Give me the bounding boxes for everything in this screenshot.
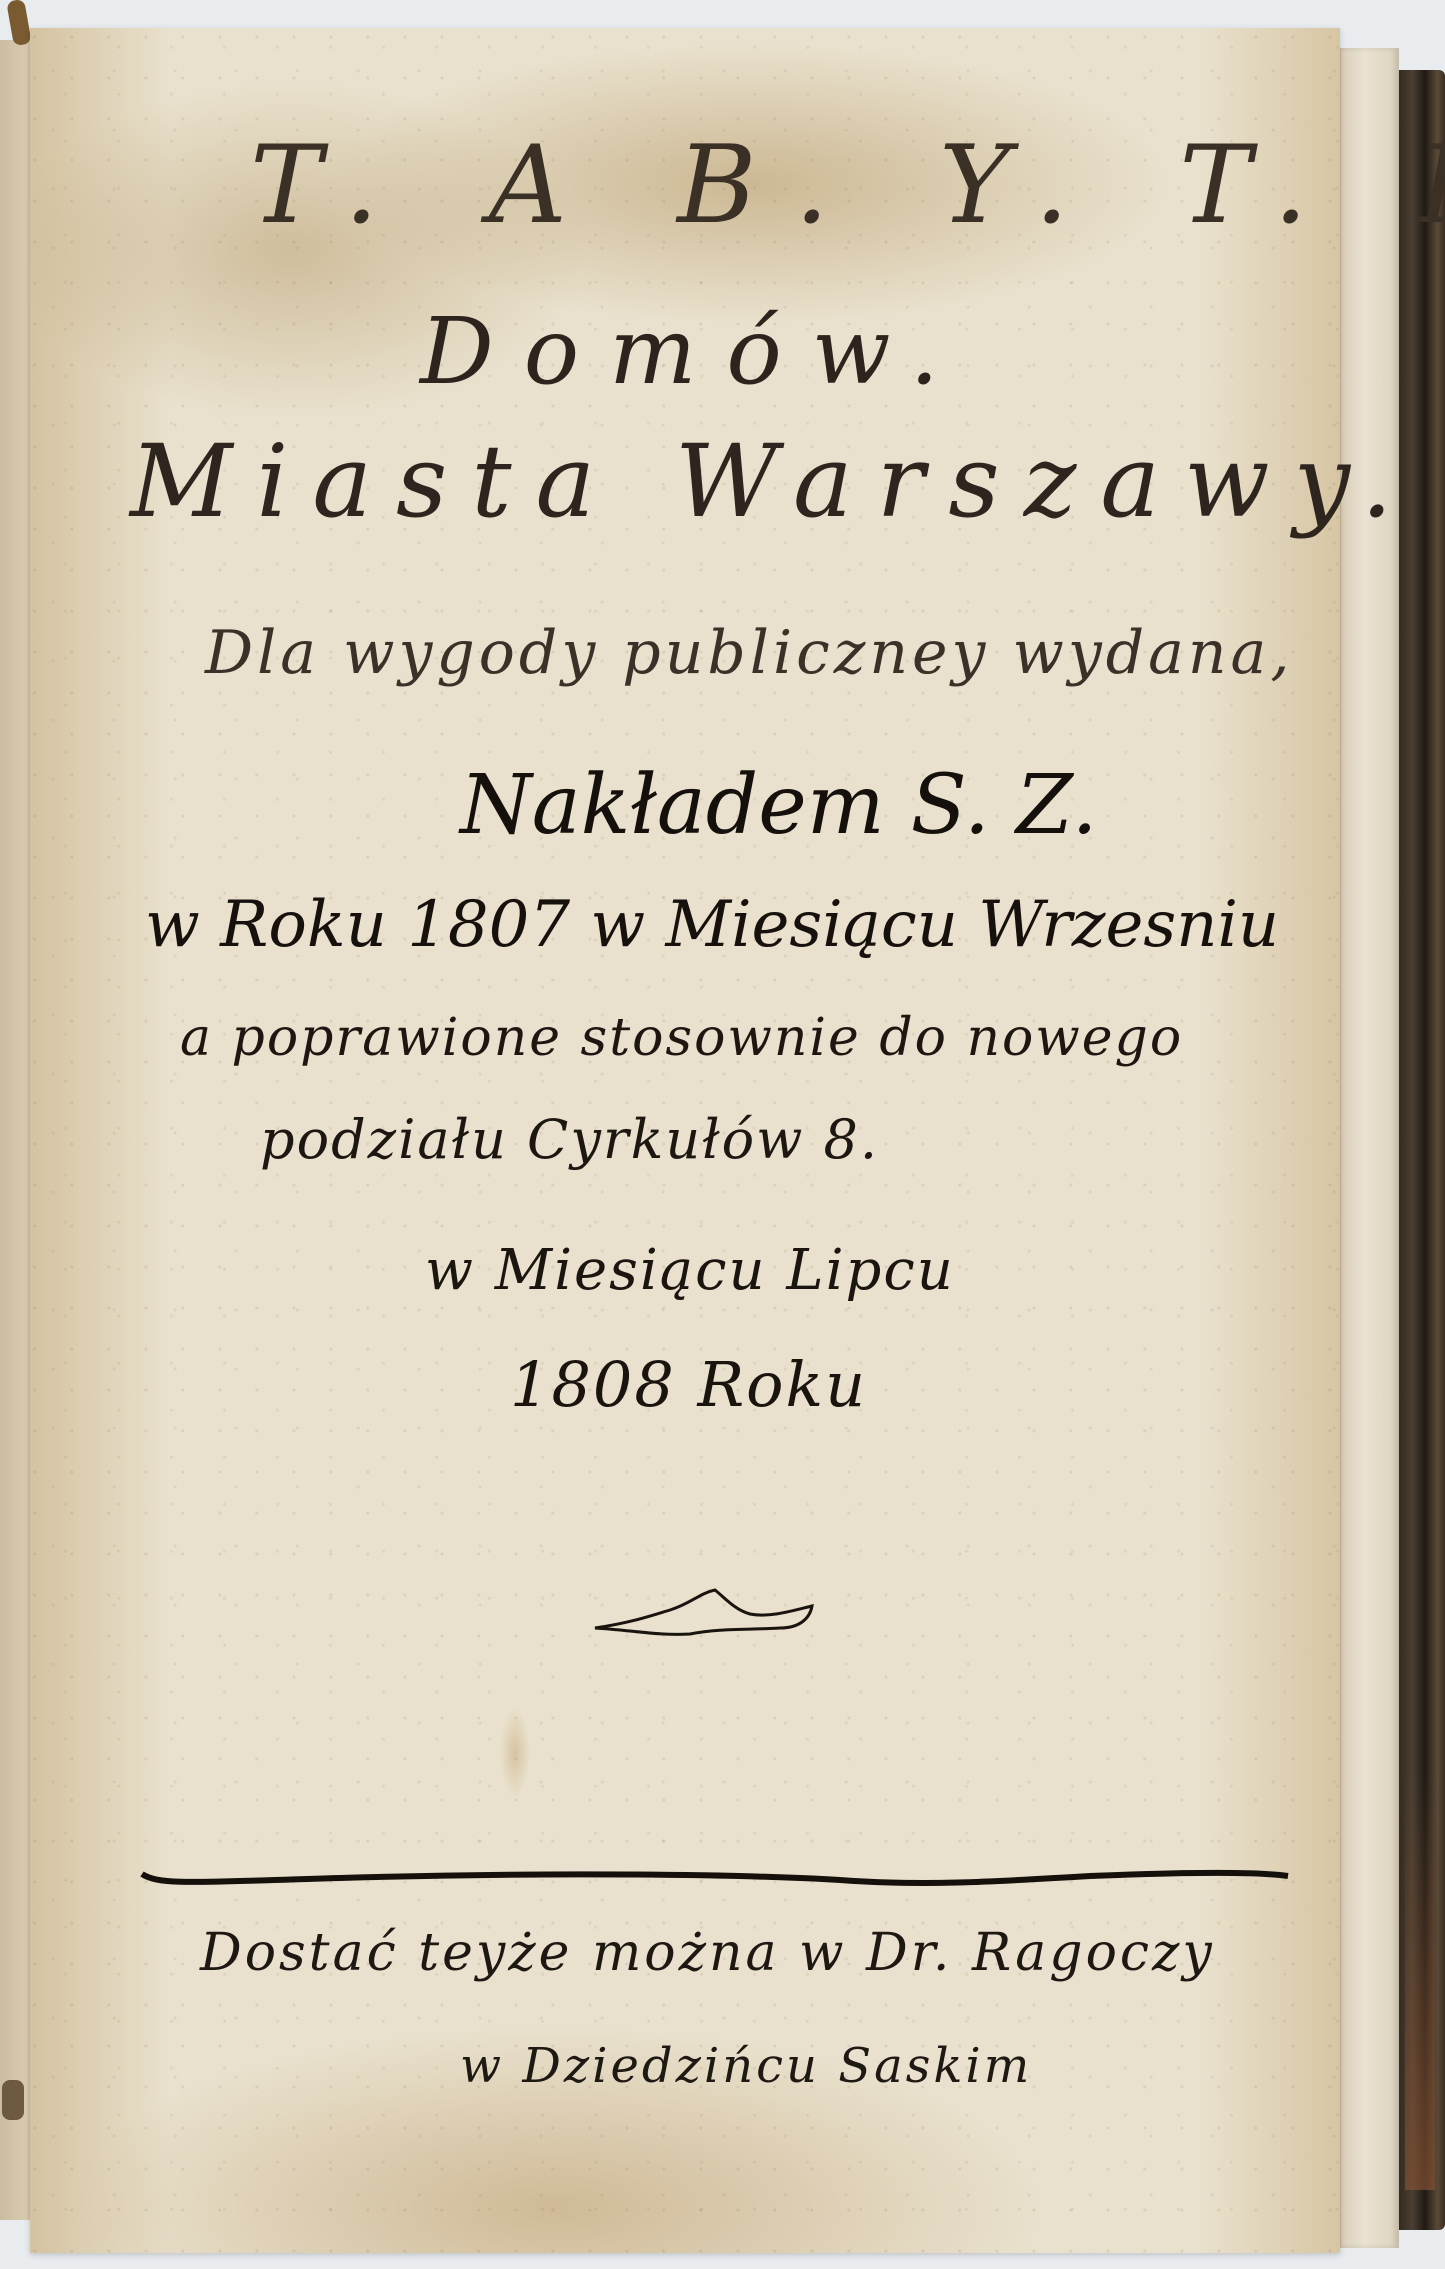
- body-line-3: w Roku 1807 w Miesiącu Wrzesniu: [145, 888, 1279, 962]
- binding-thread-lower: [2, 2080, 24, 2120]
- body-line-7: 1808 Roku: [510, 1348, 867, 1421]
- body-line-1: Dla wygody publiczney wydana,: [205, 618, 1293, 688]
- horizontal-rule: [140, 1864, 1290, 1894]
- body-line-5: podziału Cyrkułów 8.: [260, 1108, 879, 1171]
- title-page: T. A B. Y. T. I. A. Domów. Miasta Warsza…: [30, 28, 1340, 2253]
- footer-line-1: Dostać teyże można w Dr. Ragoczy: [200, 1923, 1215, 1983]
- title-line-1: T. A B. Y. T. I. A.: [250, 123, 1445, 248]
- paper-stain: [500, 1708, 530, 1798]
- footer-line-2: w Dziedzińcu Saskim: [460, 2038, 1032, 2094]
- title-line-2: Domów.: [420, 298, 969, 405]
- under-leaf: [1340, 48, 1399, 2248]
- body-line-6: w Miesiącu Lipcu: [425, 1238, 955, 1303]
- flourish-ornament-icon: [590, 1588, 820, 1638]
- book-photo: T. A B. Y. T. I. A. Domów. Miasta Warsza…: [0, 0, 1445, 2269]
- body-line-4: a poprawione stosownie do nowego: [180, 1008, 1183, 1068]
- title-line-3: Miasta Warszawy.: [130, 423, 1417, 540]
- book-binding: [1395, 70, 1445, 2230]
- body-line-2: Nakładem S. Z.: [460, 758, 1098, 853]
